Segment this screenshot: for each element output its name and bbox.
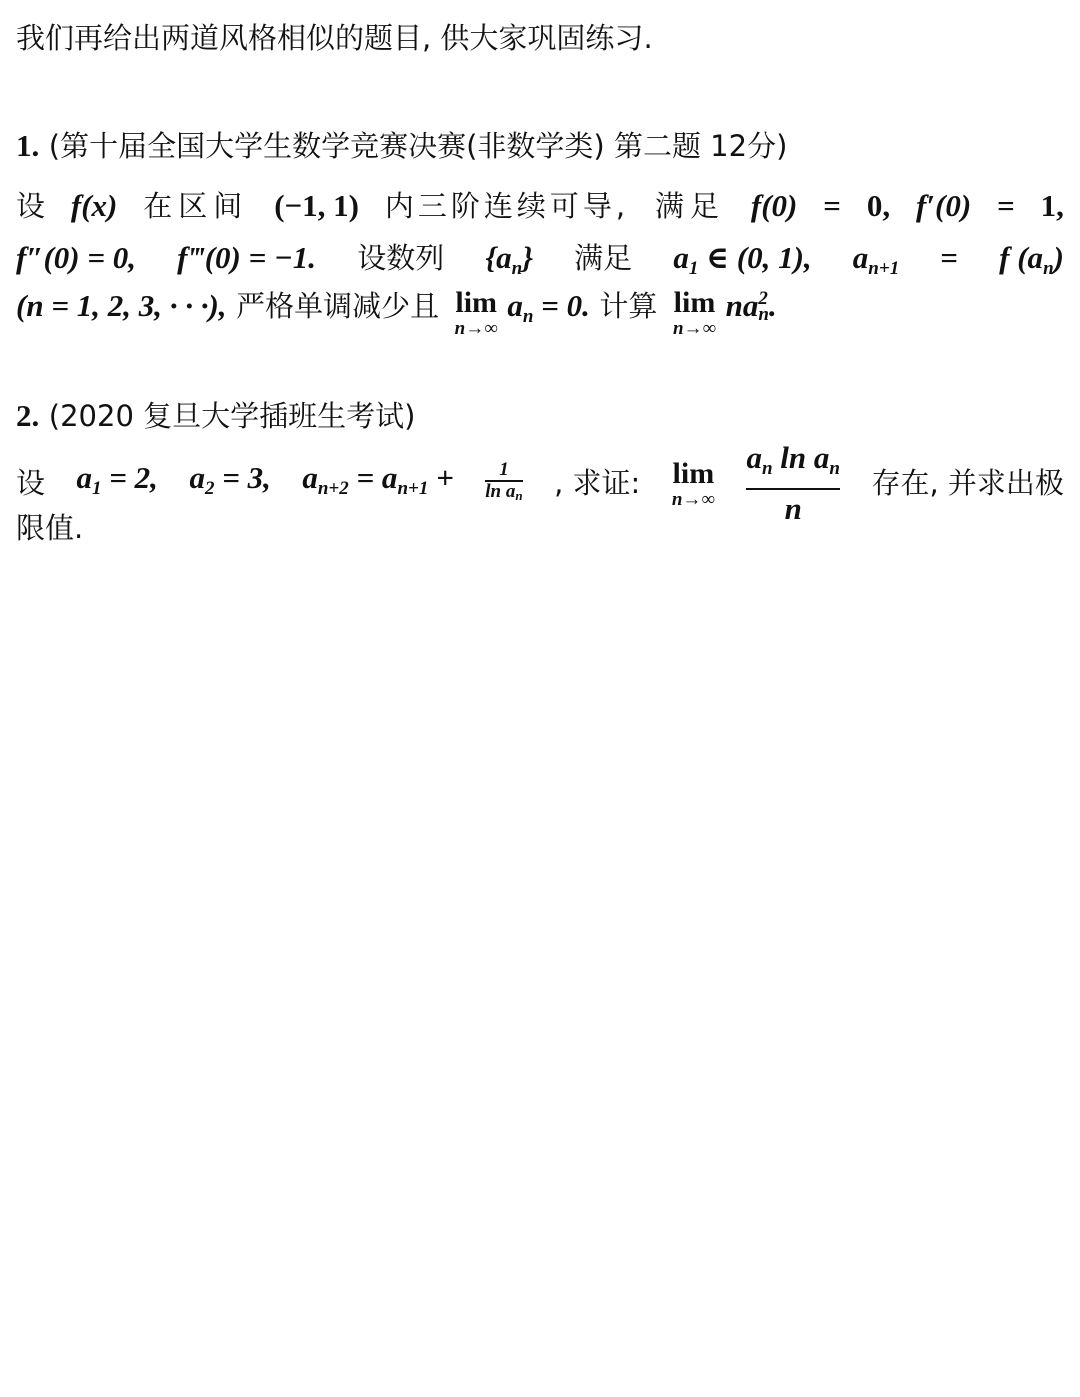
- math: f(0): [751, 186, 797, 226]
- text: 存在, 并求出极: [871, 463, 1063, 503]
- text: 内三阶连续可导,: [385, 186, 629, 226]
- limit-operator: lim n→∞: [672, 457, 715, 509]
- problem-2-source: (2020 复旦大学插班生考试): [49, 399, 416, 433]
- text: 设数列: [357, 238, 444, 289]
- problem-2-number: 2.: [16, 398, 39, 433]
- fraction-1-over-ln-an: 1 ln an: [485, 460, 522, 506]
- math: f″(0) = 0,: [16, 238, 136, 289]
- problem-2-line-2: 限值.: [16, 508, 83, 548]
- math: na2n.: [726, 288, 777, 323]
- problem-1-number: 1.: [16, 128, 39, 163]
- math: f‴(0) = −1.: [177, 238, 316, 289]
- text: 满足: [574, 238, 632, 289]
- text: 计算: [599, 289, 657, 323]
- math: 1,: [1041, 186, 1064, 226]
- limit-operator: lim n→∞: [673, 286, 716, 338]
- problem-2-heading: 2. (2020 复旦大学插班生考试): [16, 396, 415, 437]
- math: an+1: [853, 238, 899, 289]
- text: 满足: [655, 186, 725, 226]
- math: f (an): [999, 238, 1064, 289]
- math: a1 = 2,: [77, 458, 158, 509]
- math: =: [823, 186, 841, 226]
- text: 在区间: [143, 186, 248, 226]
- math: (n = 1, 2, 3, · · ·),: [16, 288, 227, 323]
- math: a2 = 3,: [189, 458, 270, 509]
- math: a1 ∈ (0, 1),: [673, 238, 811, 289]
- math: (−1, 1): [274, 186, 359, 226]
- problem-2-line-1: 设 a1 = 2, a2 = 3, an+2 = an+1 + 1 ln an …: [16, 446, 1064, 520]
- intro-text: 我们再给出两道风格相似的题目, 供大家巩固练习.: [16, 18, 653, 58]
- math: {an}: [485, 238, 533, 289]
- math: 0,: [867, 186, 890, 226]
- text: 设: [16, 463, 45, 503]
- math: an+2 = an+1 +: [302, 458, 453, 509]
- problem-1-line-1: 设 f(x) 在区间 (−1, 1) 内三阶连续可导, 满足 f(0) = 0,…: [16, 186, 1064, 226]
- math: an = 0.: [507, 288, 590, 323]
- math: f(x): [71, 186, 117, 226]
- problem-1-line-2: f″(0) = 0, f‴(0) = −1. 设数列 {an} 满足 a1 ∈ …: [16, 238, 1064, 289]
- fraction-an-ln-an-over-n: an ln an n: [746, 439, 840, 528]
- math: =: [940, 238, 958, 289]
- limit-operator: lim n→∞: [455, 286, 498, 338]
- problem-1-line-3: (n = 1, 2, 3, · · ·), 严格单调减少且 lim n→∞ an…: [16, 286, 777, 338]
- problem-1-source: (第十届全国大学生数学竞赛决赛(非数学类) 第二题 12分): [49, 129, 788, 163]
- text: , 求证:: [554, 463, 640, 503]
- math: f′(0): [916, 186, 971, 226]
- text: 设: [16, 186, 45, 226]
- math: =: [997, 186, 1015, 226]
- problem-1-heading: 1. (第十届全国大学生数学竞赛决赛(非数学类) 第二题 12分): [16, 126, 787, 167]
- text: 严格单调减少且: [236, 289, 439, 323]
